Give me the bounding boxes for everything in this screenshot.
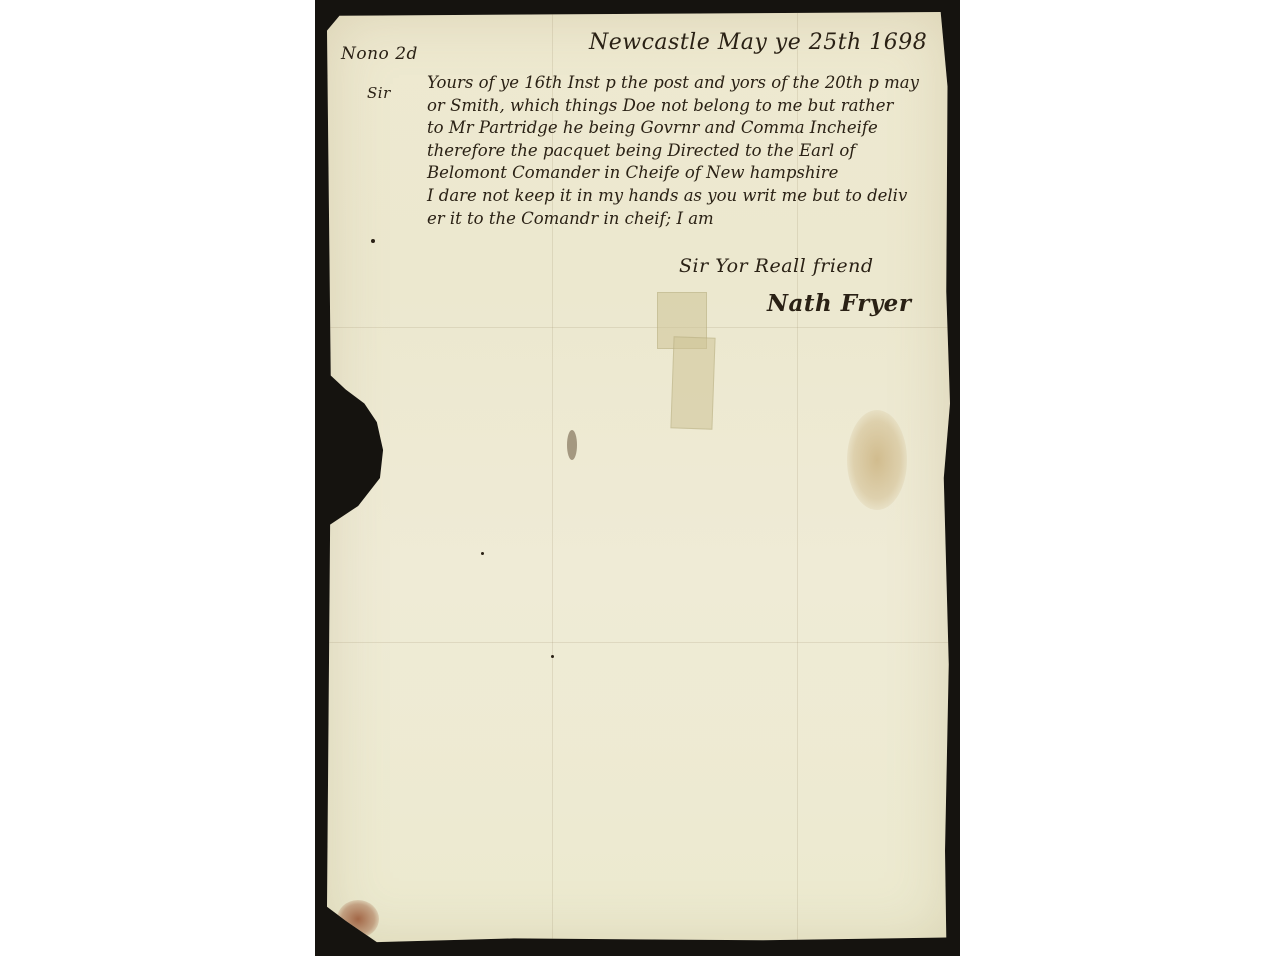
tape-repair bbox=[670, 336, 715, 429]
body-line: to Mr Partridge he being Govrnr and Comm… bbox=[427, 117, 919, 140]
fold-line bbox=[327, 327, 950, 328]
ink-blot bbox=[567, 430, 577, 460]
margin-salutation: Sir bbox=[367, 84, 391, 102]
place-date-heading: Newcastle May ye 25th 1698 bbox=[589, 30, 927, 55]
letter-body: Yours of ye 16th Inst p the post and yor… bbox=[427, 72, 919, 230]
body-line: or Smith, which things Doe not belong to… bbox=[427, 95, 919, 118]
fold-line bbox=[327, 642, 950, 643]
body-line: Belomont Comander in Cheife of New hamps… bbox=[427, 162, 919, 185]
ink-dot bbox=[551, 655, 554, 658]
body-line: Yours of ye 16th Inst p the post and yor… bbox=[427, 72, 919, 95]
margin-note: Nono 2d bbox=[341, 44, 418, 64]
ink-dot bbox=[371, 239, 375, 243]
body-line: er it to the Comandr in cheif; I am bbox=[427, 208, 919, 231]
ink-dot bbox=[481, 552, 484, 555]
body-line: I dare not keep it in my hands as you wr… bbox=[427, 185, 919, 208]
signature: Nath Fryer bbox=[767, 290, 911, 317]
closing-line: Sir Yor Reall friend bbox=[679, 255, 874, 277]
letter-paper: Newcastle May ye 25th 1698 Nono 2d Sir Y… bbox=[327, 12, 950, 944]
body-line: therefore the pacquet being Directed to … bbox=[427, 140, 919, 163]
water-stain bbox=[847, 410, 907, 510]
